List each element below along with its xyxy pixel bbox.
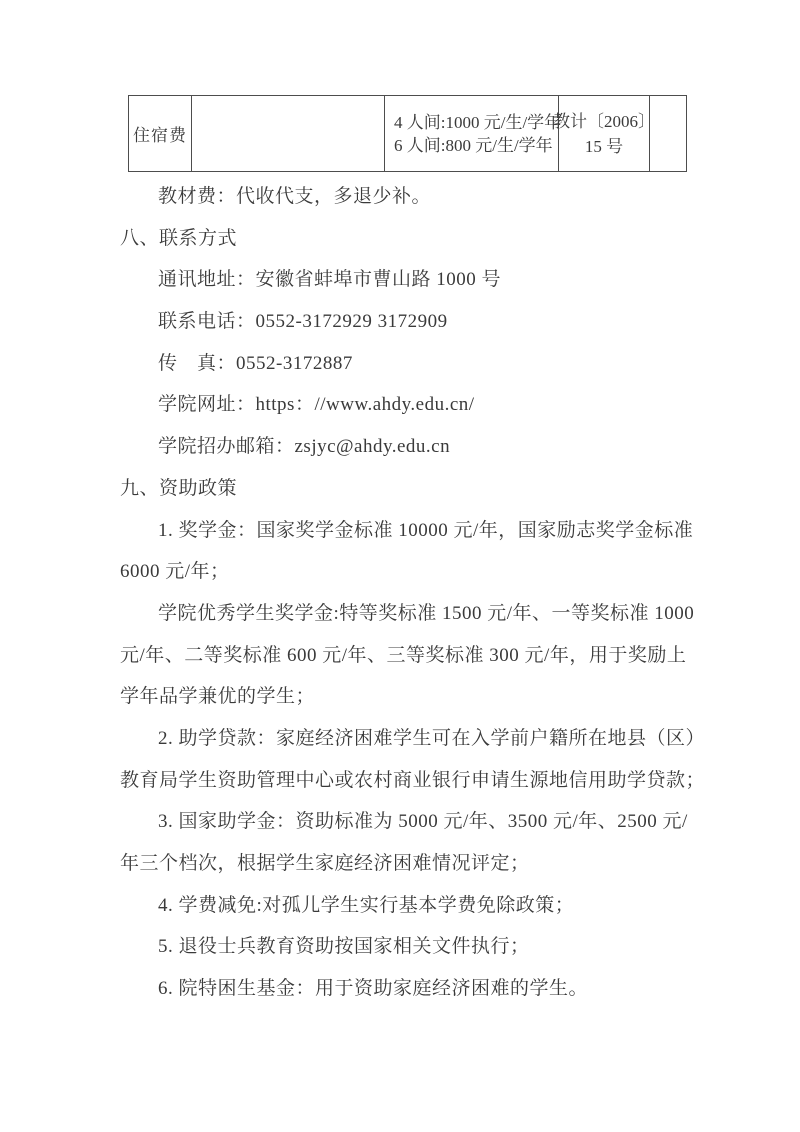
- fee-pricing-cell: 4 人间:1000 元/生/学年 6 人间:800 元/生/学年: [384, 96, 558, 171]
- fee-basis-cell: 教计〔2006〕 15 号: [558, 96, 649, 171]
- veteran-aid-line: 5. 退役士兵教育资助按国家相关文件执行；: [120, 926, 720, 968]
- textbook-fee-note: 教材费：代收代支，多退少补。: [120, 176, 720, 218]
- pricing-line-1: 4 人间:1000 元/生/学年: [394, 111, 558, 134]
- national-grant-line-2: 年三个档次，根据学生家庭经济困难情况评定；: [120, 843, 720, 885]
- college-scholarship-line-1: 学院优秀学生奖学金:特等奖标准 1500 元/年、一等奖标准 1000: [120, 593, 720, 635]
- scholarship-line-2: 6000 元/年；: [120, 551, 720, 593]
- basis-line-1: 教计〔2006〕: [553, 109, 655, 134]
- student-loan-line-1: 2. 助学贷款：家庭经济困难学生可在入学前户籍所在地县（区）: [120, 718, 720, 760]
- student-loan-line-2: 教育局学生资助管理中心或农村商业银行申请生源地信用助学贷款；: [120, 760, 720, 802]
- section-9-heading: 九、资助政策: [120, 468, 720, 510]
- phone-line: 联系电话：0552-3172929 3172909: [120, 301, 720, 343]
- tuition-waiver-line: 4. 学费减免:对孤儿学生实行基本学费免除政策；: [120, 885, 720, 927]
- email-line: 学院招办邮箱：zsjyc@ahdy.edu.cn: [120, 426, 720, 468]
- address-line: 通讯地址：安徽省蚌埠市曹山路 1000 号: [120, 259, 720, 301]
- scholarship-line-1: 1. 奖学金：国家奖学金标准 10000 元/年，国家励志奖学金标准: [120, 510, 720, 552]
- fee-item-cell: 住宿费: [129, 96, 191, 171]
- fee-empty-cell: [191, 96, 384, 171]
- college-scholarship-line-2: 元/年、二等奖标准 600 元/年、三等奖标准 300 元/年，用于奖励上: [120, 635, 720, 677]
- document-body: 教材费：代收代支，多退少补。 八、联系方式 通讯地址：安徽省蚌埠市曹山路 100…: [120, 176, 720, 1010]
- pricing-line-2: 6 人间:800 元/生/学年: [394, 134, 558, 157]
- fax-line: 传 真：0552-3172887: [120, 343, 720, 385]
- website-line: 学院网址：https：//www.ahdy.edu.cn/: [120, 384, 720, 426]
- fee-table: 住宿费 4 人间:1000 元/生/学年 6 人间:800 元/生/学年 教计〔…: [128, 95, 687, 172]
- basis-line-2: 15 号: [585, 134, 623, 159]
- national-grant-line-1: 3. 国家助学金：资助标准为 5000 元/年、3500 元/年、2500 元/: [120, 801, 720, 843]
- document-page: 住宿费 4 人间:1000 元/生/学年 6 人间:800 元/生/学年 教计〔…: [0, 0, 800, 1132]
- college-scholarship-line-3: 学年品学兼优的学生；: [120, 676, 720, 718]
- fee-note-cell: [649, 96, 688, 171]
- section-8-heading: 八、联系方式: [120, 218, 720, 260]
- fee-item-label: 住宿费: [133, 121, 187, 146]
- hardship-fund-line: 6. 院特困生基金：用于资助家庭经济困难的学生。: [120, 968, 720, 1010]
